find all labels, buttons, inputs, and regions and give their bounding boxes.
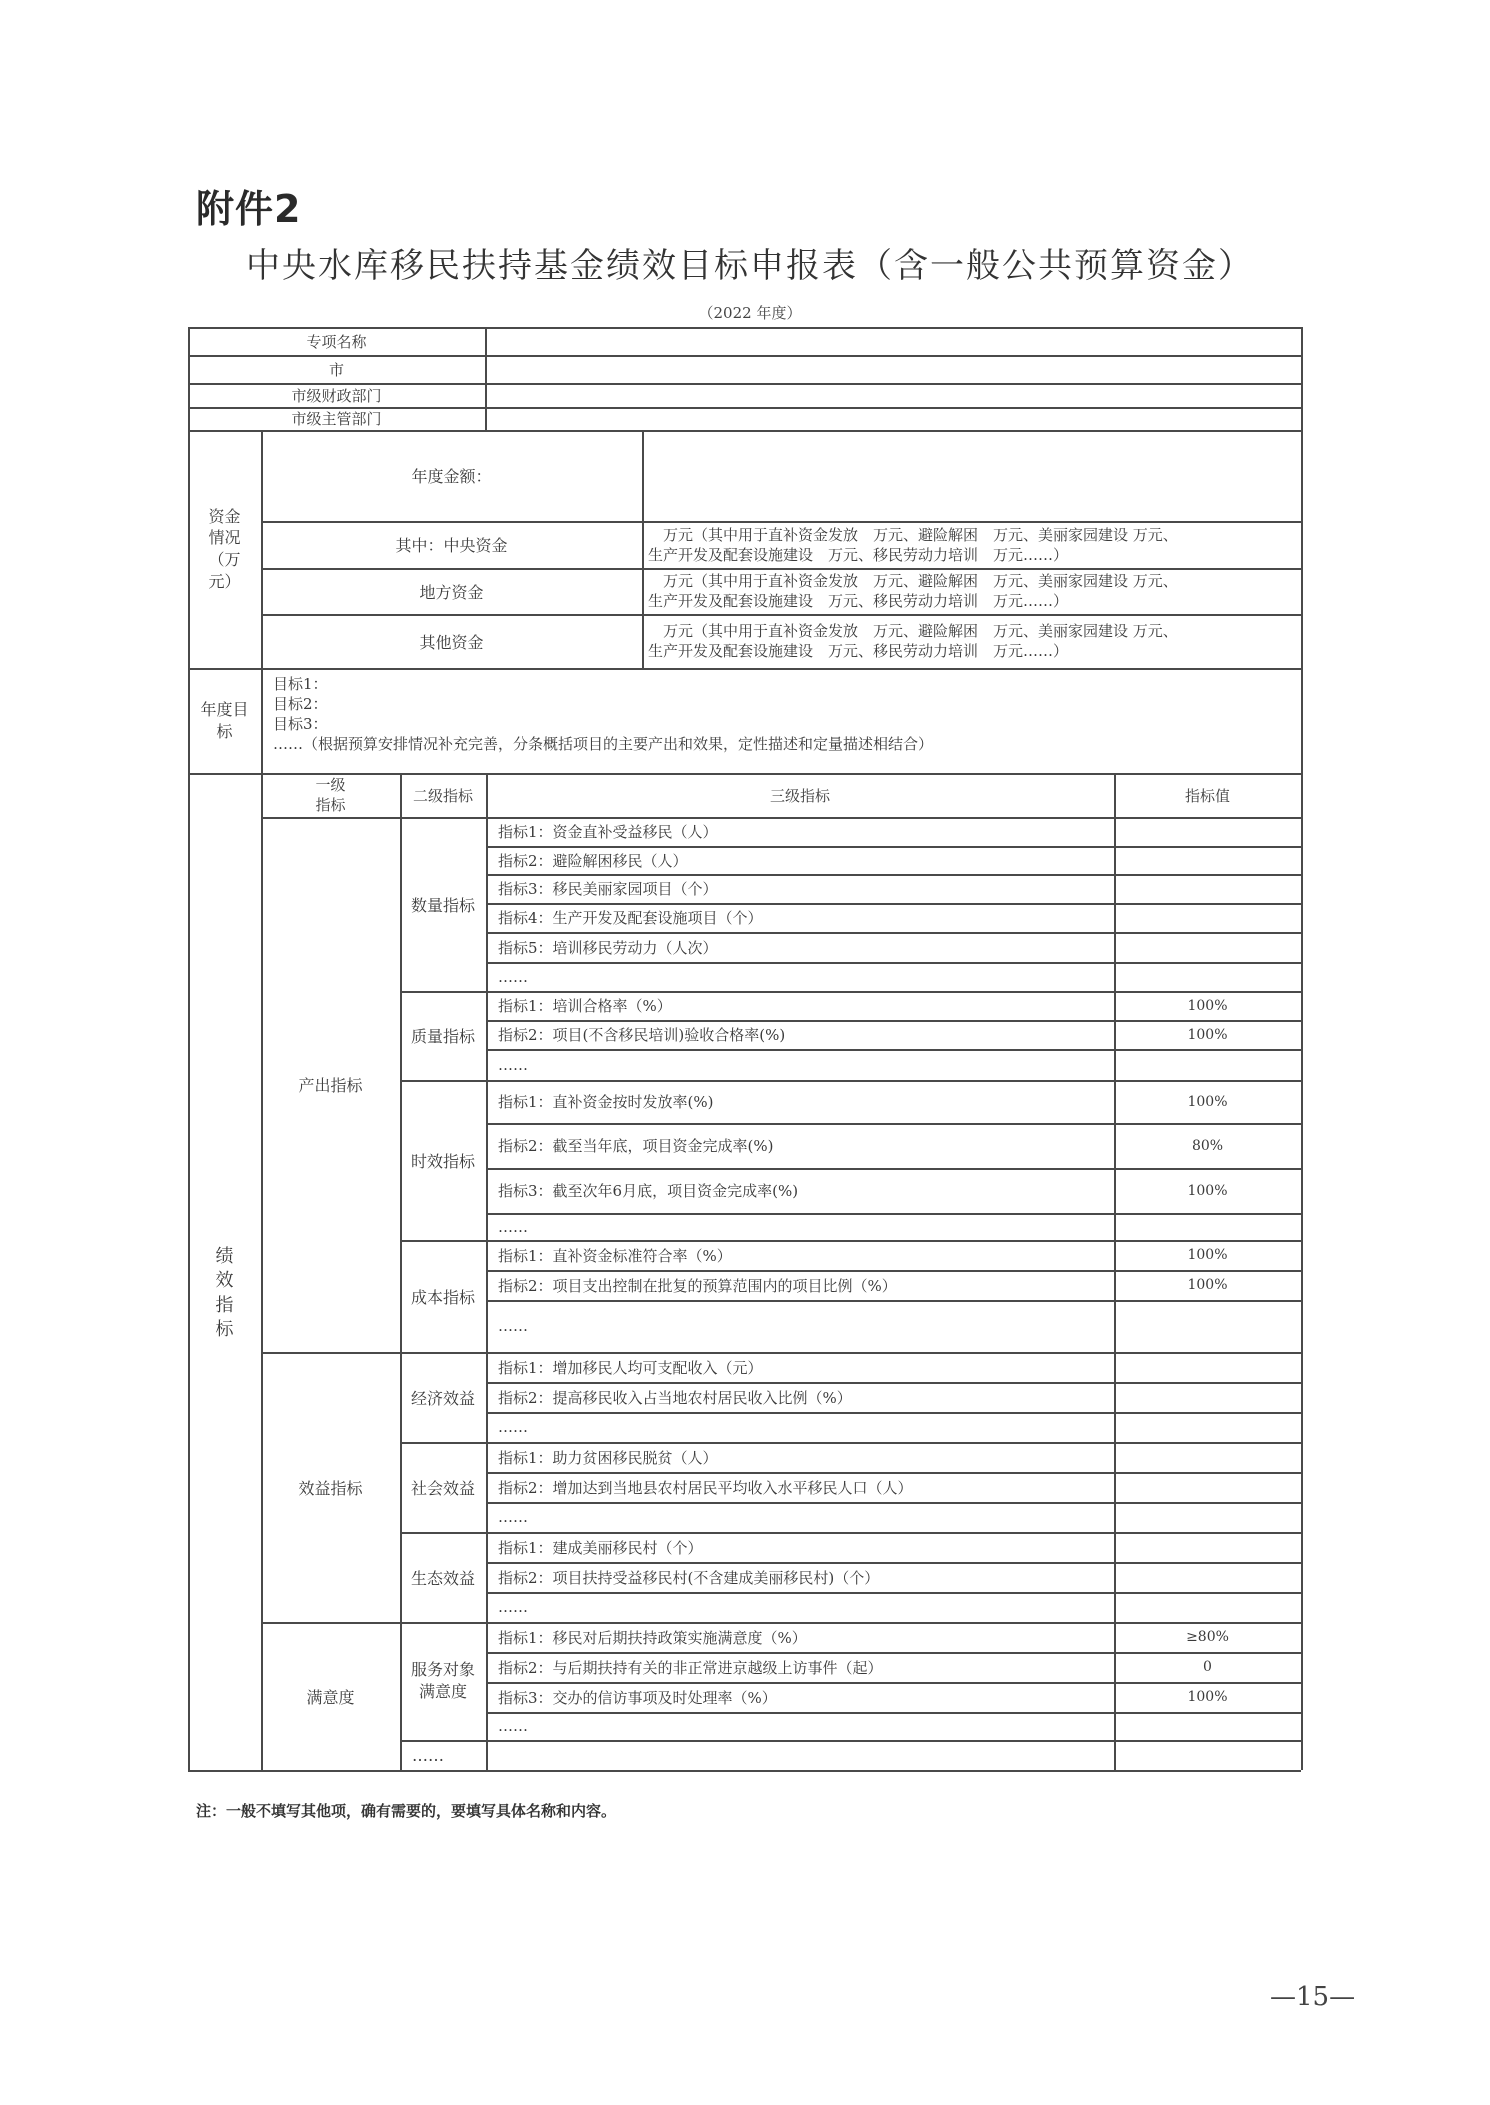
level2-indicator: 时效指标 — [400, 1080, 486, 1240]
funding-row-label-text: 年度金额： — [411, 464, 491, 487]
funding-section-label-text: 元） — [208, 571, 240, 593]
level2-indicator-text: 数量指标 — [411, 893, 475, 916]
indicator-row: 指标3：截至次年6月底，项目资金完成率(%) — [486, 1168, 1114, 1213]
level2-indicator-text: 社会效益 — [411, 1476, 475, 1499]
level2-indicator: 质量指标 — [400, 991, 486, 1080]
indicator-row: 指标1：直补资金按时发放率(%) — [486, 1080, 1114, 1123]
goal-line: 目标3： — [273, 714, 1293, 734]
indicator-row: 指标1：增加移民人均可支配收入（元） — [486, 1352, 1114, 1382]
indicator-row: 指标3：移民美丽家园项目（个） — [486, 874, 1114, 903]
level2-indicator-text: 时效指标 — [411, 1149, 475, 1172]
table-rule — [1301, 327, 1303, 1770]
indicator-value-field[interactable] — [1114, 1592, 1301, 1622]
indicator-value-field[interactable] — [1114, 1300, 1301, 1352]
basic-info-label: 市级财政部门 — [188, 383, 485, 407]
annual-goals-field[interactable]: 目标1：目标2：目标3：……（根据预算安排情况补充完善，分条概括项目的主要产出和… — [273, 674, 1293, 754]
annual-goals-label-text: 标 — [216, 721, 232, 743]
indicator-row: 指标2：避险解困移民（人） — [486, 846, 1114, 874]
indicator-value-field[interactable]: 0 — [1114, 1652, 1301, 1682]
indicator-value-field-text: 100% — [1187, 1689, 1227, 1705]
indicator-value-field[interactable] — [1114, 1352, 1301, 1382]
indicator-row: 指标1：培训合格率（%） — [486, 991, 1114, 1020]
level2-indicator: 生态效益 — [400, 1532, 486, 1622]
indicator-value-field[interactable] — [1114, 962, 1301, 991]
attachment-label: 附件2 — [196, 178, 301, 233]
column-header-level3: 三级指标 — [486, 773, 1114, 817]
document-title: 中央水库移民扶持基金绩效目标申报表（含一般公共预算资金） — [180, 238, 1320, 287]
indicator-row-text: 指标2：与后期扶持有关的非正常进京越级上访事件（起） — [498, 1657, 883, 1678]
level1-indicator: 效益指标 — [261, 1352, 400, 1622]
level2-indicator-text: 满意度 — [419, 1681, 467, 1703]
level2-indicator-text: 质量指标 — [411, 1024, 475, 1047]
indicator-value-field[interactable] — [1114, 1502, 1301, 1532]
funding-breakdown-text: 万元（其中用于直补资金发放 万元、避险解困 万元、美丽家园建设 万元、 — [648, 525, 1295, 545]
indicator-row — [486, 1740, 1114, 1770]
indicator-row: …… — [486, 1412, 1114, 1442]
indicator-value-field[interactable] — [1114, 1382, 1301, 1412]
indicator-row-text: 指标1：直补资金按时发放率(%) — [498, 1091, 714, 1112]
indicator-value-field[interactable]: 100% — [1114, 1020, 1301, 1049]
basic-info-value-field[interactable] — [485, 383, 1301, 407]
level2-indicator: 经济效益 — [400, 1352, 486, 1442]
column-header-level2-text: 二级指标 — [413, 785, 473, 806]
indicator-row: …… — [486, 1049, 1114, 1080]
indicator-value-field[interactable] — [1114, 1712, 1301, 1740]
basic-info-label-text: 市 — [329, 359, 344, 380]
indicator-row-text: 指标2：项目支出控制在批复的预算范围内的项目比例（%） — [498, 1275, 897, 1296]
indicator-row-text: …… — [498, 1598, 528, 1616]
indicator-value-field[interactable] — [1114, 874, 1301, 903]
indicator-row-text: 指标1：培训合格率（%） — [498, 995, 672, 1016]
indicator-row-text: 指标2：项目扶持受益移民村(不含建成美丽移民村)（个） — [498, 1567, 879, 1588]
performance-indicators-label-text: 效 — [216, 1269, 234, 1293]
indicator-row-text: …… — [498, 968, 528, 986]
level2-indicator: …… — [400, 1740, 486, 1770]
indicator-row-text: 指标3：交办的信访事项及时处理率（%） — [498, 1687, 777, 1708]
indicator-row-text: 指标2：项目(不含移民培训)验收合格率(%) — [498, 1024, 785, 1045]
indicator-row: …… — [486, 962, 1114, 991]
indicator-row-text: 指标3：移民美丽家园项目（个） — [498, 878, 718, 899]
indicator-row: 指标2：截至当年底，项目资金完成率(%) — [486, 1123, 1114, 1168]
funding-amount-field[interactable]: 万元（其中用于直补资金发放 万元、避险解困 万元、美丽家园建设 万元、生产开发及… — [648, 525, 1295, 565]
indicator-value-field[interactable]: 100% — [1114, 1682, 1301, 1712]
indicator-row-text: …… — [498, 1056, 528, 1074]
indicator-value-field-text: 100% — [1187, 1247, 1227, 1263]
funding-row-label-text: 地方资金 — [419, 580, 483, 603]
column-header-level3-text: 三级指标 — [770, 785, 830, 806]
indicator-row-text: 指标4：生产开发及配套设施项目（个） — [498, 907, 763, 928]
table-rule — [188, 1770, 1301, 1772]
indicator-value-field[interactable] — [1114, 1412, 1301, 1442]
indicator-row: 指标2：与后期扶持有关的非正常进京越级上访事件（起） — [486, 1652, 1114, 1682]
indicator-row: 指标1：直补资金标准符合率（%） — [486, 1240, 1114, 1270]
indicator-value-field[interactable] — [1114, 846, 1301, 874]
basic-info-value-field[interactable] — [485, 407, 1301, 430]
funding-breakdown-text: 生产开发及配套设施建设 万元、移民劳动力培训 万元……） — [648, 545, 1295, 565]
indicator-value-field[interactable] — [1114, 1049, 1301, 1080]
level2-indicator: 社会效益 — [400, 1442, 486, 1532]
basic-info-label: 市 — [188, 355, 485, 383]
column-header-value: 指标值 — [1114, 773, 1301, 817]
indicator-value-field[interactable]: ≥80% — [1114, 1622, 1301, 1652]
indicator-row: 指标2：项目(不含移民培训)验收合格率(%) — [486, 1020, 1114, 1049]
indicator-row-text: …… — [498, 1418, 528, 1436]
indicator-row: 指标1：助力贫困移民脱贫（人） — [486, 1442, 1114, 1472]
indicator-row: 指标4：生产开发及配套设施项目（个） — [486, 903, 1114, 932]
basic-info-value-field[interactable] — [485, 327, 1301, 355]
basic-info-label: 专项名称 — [188, 327, 485, 355]
indicator-value-field[interactable]: 100% — [1114, 991, 1301, 1020]
indicator-row-text: 指标2：避险解困移民（人） — [498, 850, 688, 871]
performance-indicators-label: 绩效指标 — [188, 817, 261, 1770]
indicator-value-field[interactable] — [1114, 1442, 1301, 1472]
funding-row-label: 其他资金 — [261, 614, 642, 668]
page-number: —15— — [1270, 1982, 1355, 2012]
basic-info-label-text: 专项名称 — [306, 331, 366, 352]
table-rule — [188, 668, 1301, 670]
funding-row-label: 年度金额： — [261, 430, 642, 521]
indicator-value-field-text: ≥80% — [1186, 1629, 1229, 1645]
indicator-value-field-text: 0 — [1203, 1659, 1212, 1675]
level2-indicator-text: 服务对象 — [411, 1659, 475, 1681]
indicator-value-field[interactable]: 80% — [1114, 1123, 1301, 1168]
annual-goals-label: 年度目标 — [188, 668, 261, 773]
column-header-level1-text: 指标 — [315, 795, 345, 815]
column-header-level2: 二级指标 — [400, 773, 486, 817]
indicator-row: 指标2：项目扶持受益移民村(不含建成美丽移民村)（个） — [486, 1562, 1114, 1592]
indicator-row-text: …… — [498, 1508, 528, 1526]
indicator-value-field[interactable] — [1114, 1740, 1301, 1770]
performance-indicators-label-text: 指 — [216, 1294, 234, 1318]
performance-indicators-label-text: 绩 — [216, 1245, 234, 1269]
indicator-row-text: 指标1：增加移民人均可支配收入（元） — [498, 1357, 763, 1378]
indicator-row: 指标1：资金直补受益移民（人） — [486, 817, 1114, 846]
funding-section-label-text: 情况 — [208, 527, 240, 549]
level1-indicator: 满意度 — [261, 1622, 400, 1770]
indicator-row: …… — [486, 1300, 1114, 1352]
indicator-value-field[interactable]: 100% — [1114, 1168, 1301, 1213]
indicator-row: …… — [486, 1592, 1114, 1622]
goal-line: 目标2： — [273, 694, 1293, 714]
indicator-value-field[interactable]: 100% — [1114, 1270, 1301, 1300]
indicator-row-text: 指标1：建成美丽移民村（个） — [498, 1537, 703, 1558]
indicator-row-text: …… — [498, 1218, 528, 1236]
level2-indicator: 数量指标 — [400, 817, 486, 991]
funding-breakdown-text: 生产开发及配套设施建设 万元、移民劳动力培训 万元……） — [648, 591, 1295, 611]
indicator-row-text: 指标5：培训移民劳动力（人次） — [498, 937, 718, 958]
indicator-row: 指标5：培训移民劳动力（人次） — [486, 932, 1114, 962]
indicator-value-field[interactable] — [1114, 1213, 1301, 1240]
table-rule — [642, 430, 644, 668]
level2-indicator: 服务对象满意度 — [400, 1622, 486, 1740]
indicator-value-field[interactable] — [1114, 1532, 1301, 1562]
indicator-value-field-text: 100% — [1187, 1027, 1227, 1043]
level1-indicator-text: 满意度 — [306, 1685, 354, 1708]
indicator-value-field[interactable]: 100% — [1114, 1240, 1301, 1270]
funding-breakdown-text: 万元（其中用于直补资金发放 万元、避险解困 万元、美丽家园建设 万元、 — [648, 571, 1295, 591]
goal-line: ……（根据预算安排情况补充完善，分条概括项目的主要产出和效果，定性描述和定量描述… — [273, 734, 1293, 754]
funding-row-label: 其中：中央资金 — [261, 521, 642, 568]
column-header-level1: 一级指标 — [261, 773, 400, 817]
indicator-value-field[interactable]: 100% — [1114, 1080, 1301, 1123]
indicator-row: 指标3：交办的信访事项及时处理率（%） — [486, 1682, 1114, 1712]
basic-info-label-text: 市级财政部门 — [291, 385, 381, 406]
indicator-value-field-text: 100% — [1187, 998, 1227, 1014]
level1-indicator-text: 效益指标 — [298, 1476, 362, 1499]
basic-info-label: 市级主管部门 — [188, 407, 485, 430]
funding-section-label: 资金情况（万元） — [188, 430, 261, 668]
level2-indicator: 成本指标 — [400, 1240, 486, 1352]
performance-indicators-label-text: 标 — [216, 1318, 234, 1342]
indicator-value-field[interactable] — [1114, 903, 1301, 932]
funding-row-label-text: 其他资金 — [419, 630, 483, 653]
fiscal-year: （2022 年度） — [180, 302, 1320, 323]
indicator-row: 指标2：项目支出控制在批复的预算范围内的项目比例（%） — [486, 1270, 1114, 1300]
column-header-value-text: 指标值 — [1185, 785, 1230, 806]
indicator-row-text: 指标1：资金直补受益移民（人） — [498, 821, 718, 842]
indicator-value-field-text: 100% — [1187, 1277, 1227, 1293]
footnote: 注：一般不填写其他项，确有需要的，要填写具体名称和内容。 — [196, 1800, 616, 1821]
indicator-row-text: 指标2：增加达到当地县农村居民平均收入水平移民人口（人） — [498, 1477, 913, 1498]
basic-info-label-text: 市级主管部门 — [291, 408, 381, 429]
level1-indicator-text: 产出指标 — [298, 1073, 362, 1096]
indicator-value-field[interactable] — [1114, 932, 1301, 962]
indicator-row: 指标2：增加达到当地县农村居民平均收入水平移民人口（人） — [486, 1472, 1114, 1502]
indicator-row-text: 指标1：直补资金标准符合率（%） — [498, 1245, 732, 1266]
goal-line: 目标1： — [273, 674, 1293, 694]
basic-info-value-field[interactable] — [485, 355, 1301, 383]
funding-section-label-text: （万 — [208, 549, 240, 571]
indicator-value-field[interactable] — [1114, 1562, 1301, 1592]
level1-indicator: 产出指标 — [261, 817, 400, 1352]
level2-indicator-text: …… — [412, 1746, 444, 1765]
indicator-row-text: 指标2：提高移民收入占当地农村居民收入比例（%） — [498, 1387, 852, 1408]
indicator-row: 指标1：建成美丽移民村（个） — [486, 1532, 1114, 1562]
indicator-row-text: 指标3：截至次年6月底，项目资金完成率(%) — [498, 1180, 798, 1201]
funding-amount-field[interactable]: 万元（其中用于直补资金发放 万元、避险解困 万元、美丽家园建设 万元、生产开发及… — [648, 571, 1295, 611]
funding-row-label: 地方资金 — [261, 568, 642, 614]
indicator-value-field[interactable] — [1114, 817, 1301, 846]
annual-goals-label-text: 年度目 — [200, 699, 248, 721]
funding-amount-field[interactable]: 万元（其中用于直补资金发放 万元、避险解困 万元、美丽家园建设 万元、生产开发及… — [648, 621, 1295, 661]
indicator-row-text: 指标1：助力贫困移民脱贫（人） — [498, 1447, 718, 1468]
funding-section-label-text: 资金 — [208, 506, 240, 528]
indicator-row: …… — [486, 1712, 1114, 1740]
indicator-value-field-text: 80% — [1192, 1138, 1223, 1154]
column-header-level1-text: 一级 — [315, 775, 345, 795]
indicator-row: 指标1：移民对后期扶持政策实施满意度（%） — [486, 1622, 1114, 1652]
indicator-row: …… — [486, 1213, 1114, 1240]
level2-indicator-text: 成本指标 — [411, 1285, 475, 1308]
indicator-row-text: 指标1：移民对后期扶持政策实施满意度（%） — [498, 1627, 807, 1648]
funding-breakdown-text: 生产开发及配套设施建设 万元、移民劳动力培训 万元……） — [648, 641, 1295, 661]
indicator-row-text: 指标2：截至当年底，项目资金完成率(%) — [498, 1135, 774, 1156]
indicator-row: …… — [486, 1502, 1114, 1532]
level2-indicator-text: 生态效益 — [411, 1566, 475, 1589]
indicator-row-text: …… — [498, 1717, 528, 1735]
indicator-value-field[interactable] — [1114, 1472, 1301, 1502]
indicator-row-text: …… — [498, 1317, 528, 1335]
indicator-row: 指标2：提高移民收入占当地农村居民收入比例（%） — [486, 1382, 1114, 1412]
indicator-value-field-text: 100% — [1187, 1094, 1227, 1110]
level2-indicator-text: 经济效益 — [411, 1386, 475, 1409]
funding-breakdown-text: 万元（其中用于直补资金发放 万元、避险解困 万元、美丽家园建设 万元、 — [648, 621, 1295, 641]
indicator-value-field-text: 100% — [1187, 1183, 1227, 1199]
funding-row-label-text: 其中：中央资金 — [395, 533, 507, 556]
